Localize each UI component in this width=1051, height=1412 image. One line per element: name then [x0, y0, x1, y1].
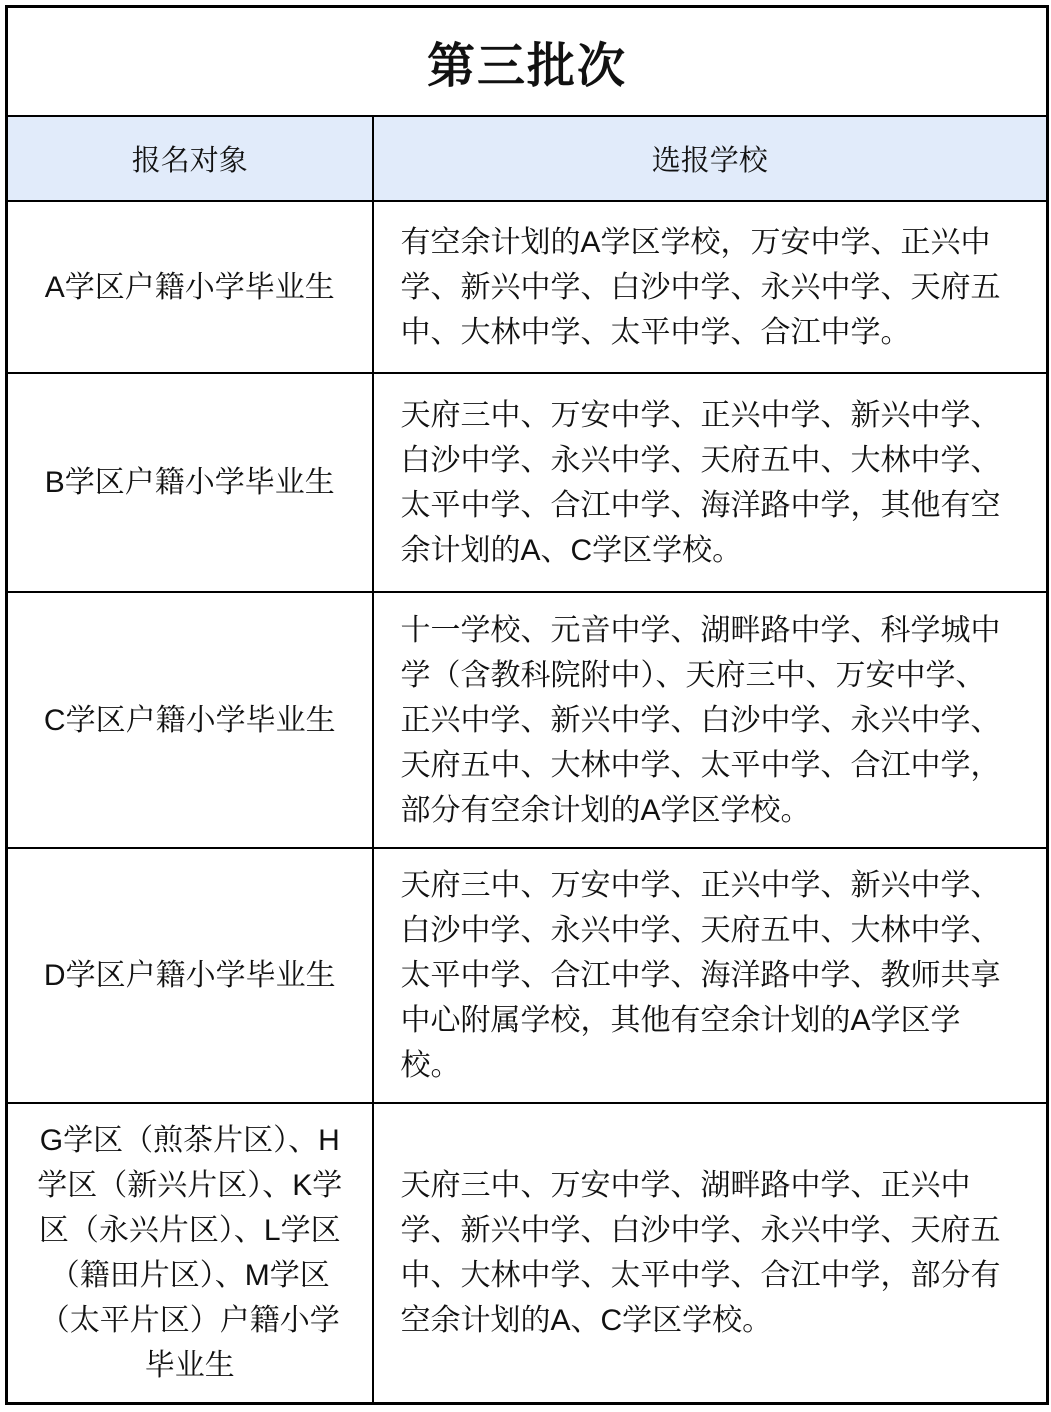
- column-header-target: 报名对象: [7, 116, 373, 201]
- column-header-schools: 选报学校: [373, 116, 1048, 201]
- target-cell: C学区户籍小学毕业生: [7, 592, 373, 847]
- table-row-c-district: C学区户籍小学毕业生 十一学校、元音中学、湖畔路中学、科学城中学（含教科院附中）…: [7, 592, 1048, 847]
- table-title: 第三批次: [7, 7, 1048, 116]
- target-cell: A学区户籍小学毕业生: [7, 201, 373, 373]
- header-row: 报名对象 选报学校: [7, 116, 1048, 201]
- title-row: 第三批次: [7, 7, 1048, 116]
- table-row-a-district: A学区户籍小学毕业生 有空余计划的A学区学校，万安中学、正兴中学、新兴中学、白沙…: [7, 201, 1048, 373]
- page: 第三批次 报名对象 选报学校 A学区户籍小学毕业生 有空余计划的A学区学校，万安…: [0, 0, 1051, 1412]
- target-cell: G学区（煎茶片区）、H学区（新兴片区）、K学区（永兴片区）、L学区（籍田片区）、…: [7, 1103, 373, 1403]
- table-row-d-district: D学区户籍小学毕业生 天府三中、万安中学、正兴中学、新兴中学、白沙中学、永兴中学…: [7, 848, 1048, 1103]
- target-cell: B学区户籍小学毕业生: [7, 373, 373, 592]
- schools-cell: 天府三中、万安中学、正兴中学、新兴中学、白沙中学、永兴中学、天府五中、大林中学、…: [373, 373, 1048, 592]
- schools-cell: 天府三中、万安中学、湖畔路中学、正兴中学、新兴中学、白沙中学、永兴中学、天府五中…: [373, 1103, 1048, 1403]
- table-row-b-district: B学区户籍小学毕业生 天府三中、万安中学、正兴中学、新兴中学、白沙中学、永兴中学…: [7, 373, 1048, 592]
- target-cell: D学区户籍小学毕业生: [7, 848, 373, 1103]
- schools-cell: 天府三中、万安中学、正兴中学、新兴中学、白沙中学、永兴中学、天府五中、大林中学、…: [373, 848, 1048, 1103]
- enrollment-batch-table: 第三批次 报名对象 选报学校 A学区户籍小学毕业生 有空余计划的A学区学校，万安…: [5, 5, 1049, 1405]
- schools-cell: 有空余计划的A学区学校，万安中学、正兴中学、新兴中学、白沙中学、永兴中学、天府五…: [373, 201, 1048, 373]
- table-row-ghklm-districts: G学区（煎茶片区）、H学区（新兴片区）、K学区（永兴片区）、L学区（籍田片区）、…: [7, 1103, 1048, 1403]
- schools-cell: 十一学校、元音中学、湖畔路中学、科学城中学（含教科院附中）、天府三中、万安中学、…: [373, 592, 1048, 847]
